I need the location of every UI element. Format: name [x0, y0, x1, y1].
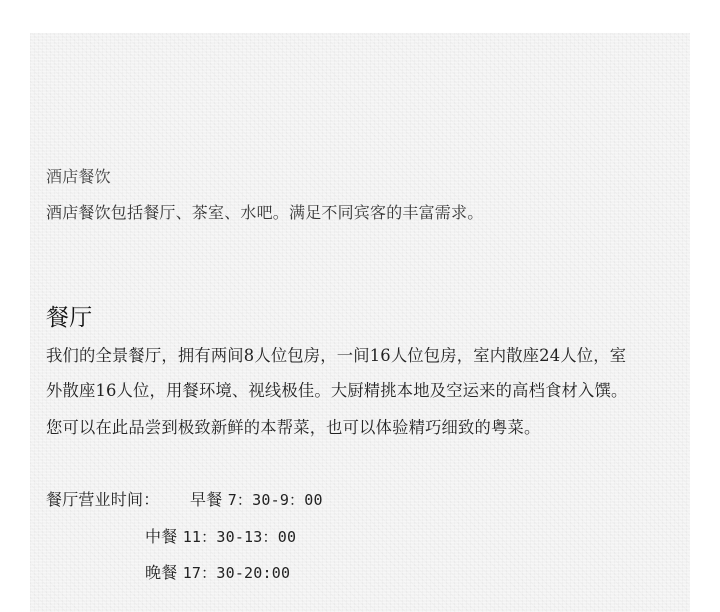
restaurant-heading: 餐厅: [46, 304, 92, 332]
meal-name: 中餐: [145, 527, 177, 546]
opening-hours-label: 餐厅营业时间：: [46, 490, 159, 510]
section-description: 酒店餐饮包括餐厅、茶室、水吧。满足不同宾客的丰富需求。: [46, 203, 483, 223]
content-panel: [30, 33, 690, 612]
meal-name: 早餐: [190, 490, 222, 509]
hours-lunch: 中餐 11：30-13：00: [145, 527, 296, 547]
meal-name: 晚餐: [145, 563, 177, 582]
meal-time: 7：30-9：00: [228, 491, 323, 509]
hours-breakfast: 早餐 7：30-9：00: [190, 490, 323, 510]
restaurant-paragraph-line-1: 我们的全景餐厅，拥有两间8人位包房，一间16人位包房，室内散座24人位，室: [46, 346, 626, 366]
restaurant-paragraph-line-3: 您可以在此品尝到极致新鲜的本帮菜，也可以体验精巧细致的粤菜。: [46, 418, 540, 438]
meal-time: 17：30-20:00: [183, 564, 291, 582]
hours-dinner: 晚餐 17：30-20:00: [145, 563, 290, 583]
section-title: 酒店餐饮: [46, 167, 111, 187]
restaurant-paragraph-line-2: 外散座16人位，用餐环境、视线极佳。大厨精挑本地及空运来的高档食材入馔。: [46, 381, 627, 401]
meal-time: 11：30-13：00: [183, 528, 296, 546]
